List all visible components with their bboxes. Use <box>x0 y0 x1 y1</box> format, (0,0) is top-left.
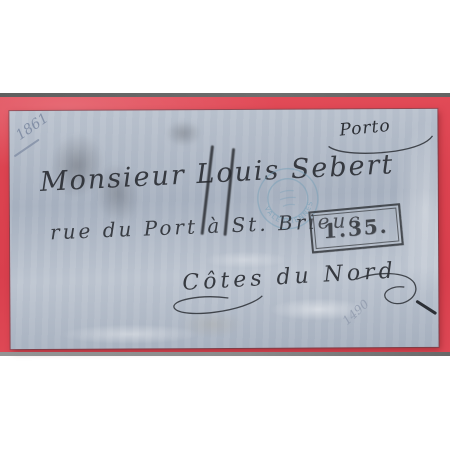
red-mat-background: 1861 Porto Monsieur Louis Sebert VALENCI… <box>0 97 450 352</box>
tax-box-value: 1.35. <box>323 213 389 243</box>
address-oval-flourish <box>170 292 268 321</box>
boxed-tax-marking: 1.35. <box>308 203 403 253</box>
tax-box-inner-frame: 1.35. <box>313 208 400 250</box>
cover-photograph: 1861 Porto Monsieur Louis Sebert VALENCI… <box>0 93 450 356</box>
pencil-year-note: 1861 <box>13 110 51 143</box>
pencil-flourish <box>14 139 40 157</box>
folded-letter-cover: 1861 Porto Monsieur Louis Sebert VALENCI… <box>9 109 438 349</box>
datestamp-date-marks <box>279 190 297 207</box>
ink-smudge <box>165 120 201 146</box>
photo-bottom-edge <box>0 352 450 356</box>
